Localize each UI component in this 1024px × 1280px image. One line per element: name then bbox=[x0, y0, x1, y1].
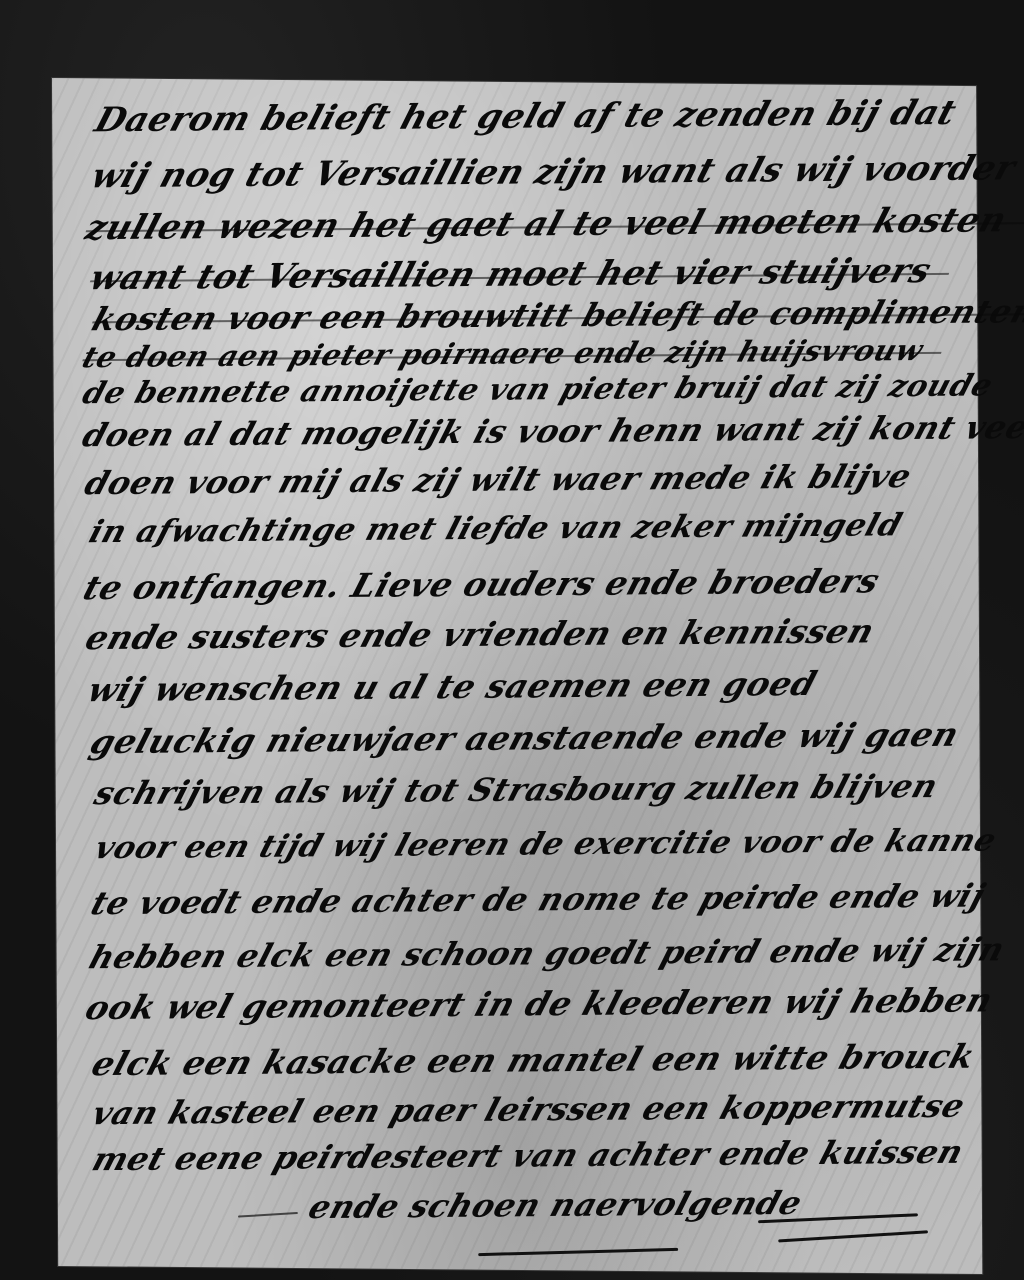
text-line: te doen aen pieter poirnaere ende zijn h… bbox=[78, 333, 927, 374]
text-line: wij wenschen u al te saemen een goed bbox=[83, 664, 821, 709]
text-line: zullen wezen het gaet al te veel moeten … bbox=[81, 200, 1012, 248]
text-line: te voedt ende achter de nome te peirde e… bbox=[87, 877, 990, 923]
text-line: doen al dat mogelijk is voor henn want z… bbox=[78, 408, 1024, 454]
text-line: te ontfangen. Lieve ouders ende broeders bbox=[79, 561, 885, 607]
text-line: doen voor mij als zij wilt waer mede ik … bbox=[80, 457, 916, 502]
text-line: van kasteel een paer leirssen een kopper… bbox=[88, 1087, 970, 1132]
text-line: voor een tijd wij leeren de exercitie vo… bbox=[91, 823, 1001, 867]
closing-flourish bbox=[238, 1212, 298, 1218]
text-line: de bennette annoijette van pieter bruij … bbox=[78, 368, 997, 411]
text-line: in afwachtinge met liefde van zeker mijn… bbox=[85, 507, 907, 550]
closing-flourish bbox=[778, 1230, 928, 1242]
letter-page: Daerom belieft het geld af te zenden bij… bbox=[52, 78, 982, 1274]
text-line: schrijven als wij tot Strasbourg zullen … bbox=[90, 767, 943, 812]
text-line: wij nog tot Versaillien zijn want als wi… bbox=[86, 148, 1020, 196]
text-line: kosten voor een brouwtitt belieft de com… bbox=[88, 292, 1024, 338]
text-line: elck een kasacke een mantel een witte br… bbox=[87, 1037, 980, 1083]
text-line: Daerom belieft het geld af te zenden bij… bbox=[90, 93, 961, 140]
text-line: ende schoen naervolgende bbox=[304, 1184, 807, 1226]
text-line: met eene peirdesteert van achter ende ku… bbox=[88, 1133, 968, 1178]
text-line: hebben elck een schoon goedt peird ende … bbox=[85, 930, 1010, 976]
text-line: ende susters ende vrienden en kennissen bbox=[81, 612, 879, 658]
text-line: geluckig nieuwjaer aenstaende ende wij g… bbox=[86, 715, 964, 761]
handwritten-text: Daerom belieft het geld af te zenden bij… bbox=[52, 78, 982, 1274]
text-line: ook wel gemonteert in de kleederen wij h… bbox=[81, 980, 998, 1027]
closing-flourish bbox=[478, 1248, 678, 1256]
text-line: want tot Versaillien moet het vier stuij… bbox=[85, 251, 936, 298]
